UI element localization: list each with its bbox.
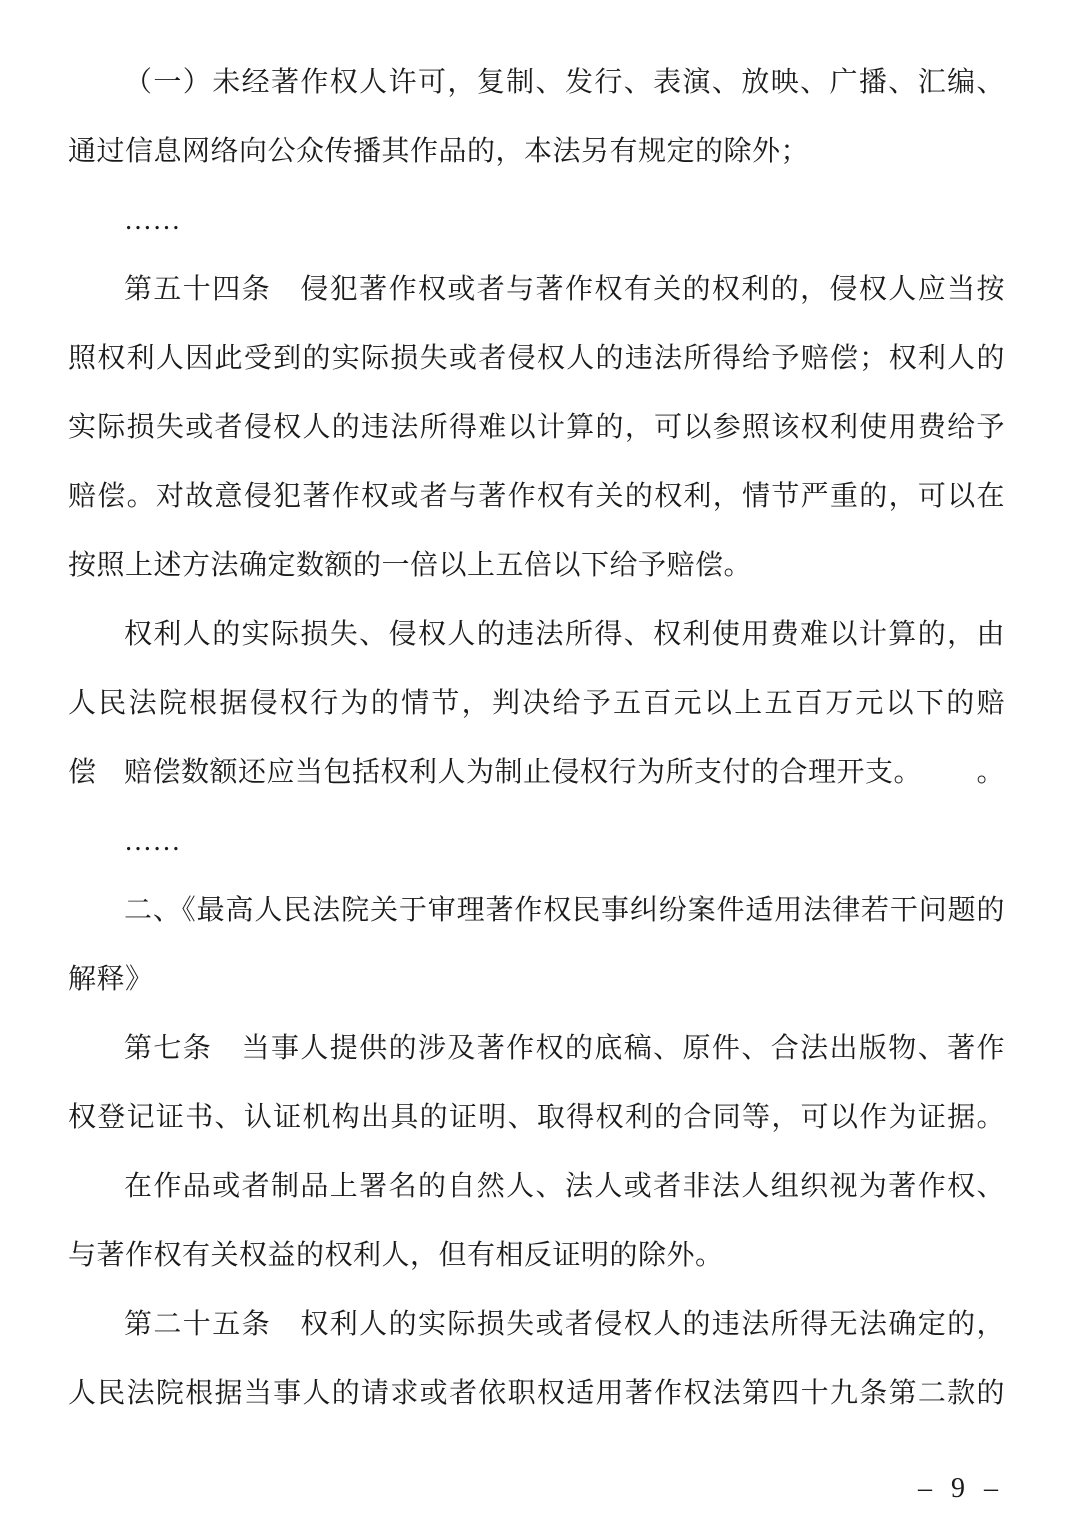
text-line: 人民法院根据侵权行为的情节，判决给予五百元以上五百万元以下的赔偿。	[68, 669, 1005, 738]
document-body: （一）未经著作权人许可，复制、发行、表演、放映、广播、汇编、通过信息网络向公众传…	[68, 48, 1005, 1428]
text-line: 通过信息网络向公众传播其作品的，本法另有规定的除外；	[68, 117, 1005, 186]
text-line: 在作品或者制品上署名的自然人、法人或者非法人组织视为著作权、	[68, 1152, 1005, 1221]
text-line: 解释》	[68, 945, 1005, 1014]
text-line: 第五十四条 侵犯著作权或者与著作权有关的权利的，侵权人应当按	[68, 255, 1005, 324]
text-line: ……	[68, 807, 1005, 876]
page-number: – 9 –	[918, 1472, 1004, 1506]
text-line: 赔偿数额还应当包括权利人为制止侵权行为所支付的合理开支。	[68, 738, 1005, 807]
text-line: 与著作权有关权益的权利人，但有相反证明的除外。	[68, 1221, 1005, 1290]
text-line: 按照上述方法确定数额的一倍以上五倍以下给予赔偿。	[68, 531, 1005, 600]
text-line: 第二十五条 权利人的实际损失或者侵权人的违法所得无法确定的，	[68, 1290, 1005, 1359]
document-page: （一）未经著作权人许可，复制、发行、表演、放映、广播、汇编、通过信息网络向公众传…	[0, 0, 1074, 1519]
text-line: （一）未经著作权人许可，复制、发行、表演、放映、广播、汇编、	[68, 48, 1005, 117]
text-line: ……	[68, 186, 1005, 255]
text-line: 第七条 当事人提供的涉及著作权的底稿、原件、合法出版物、著作	[68, 1014, 1005, 1083]
text-line: 权登记证书、认证机构出具的证明、取得权利的合同等，可以作为证据。	[68, 1083, 1005, 1152]
text-line: 赔偿。对故意侵犯著作权或者与著作权有关的权利，情节严重的，可以在	[68, 462, 1005, 531]
text-line: 实际损失或者侵权人的违法所得难以计算的，可以参照该权利使用费给予	[68, 393, 1005, 462]
text-line: 二、《最高人民法院关于审理著作权民事纠纷案件适用法律若干问题的	[68, 876, 1005, 945]
text-line: 照权利人因此受到的实际损失或者侵权人的违法所得给予赔偿；权利人的	[68, 324, 1005, 393]
text-line: 权利人的实际损失、侵权人的违法所得、权利使用费难以计算的，由	[68, 600, 1005, 669]
text-line: 人民法院根据当事人的请求或者依职权适用著作权法第四十九条第二款的	[68, 1359, 1005, 1428]
